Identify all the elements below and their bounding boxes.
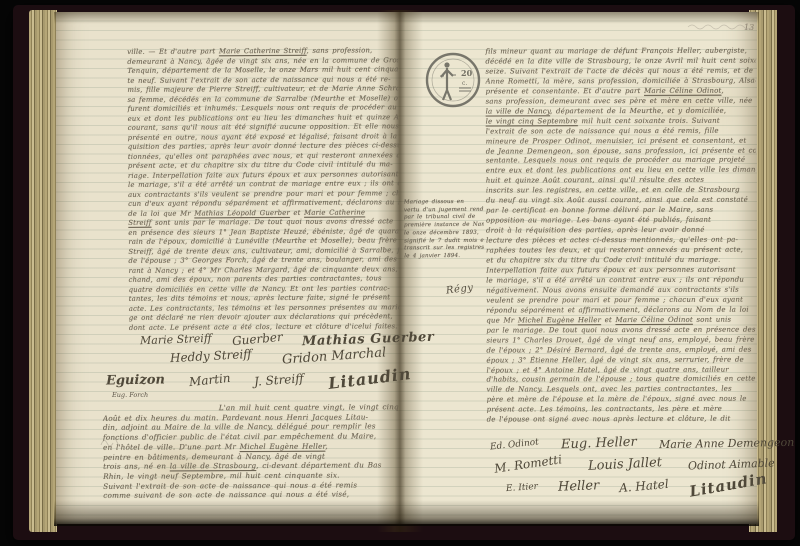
signature: A. Hatel: [619, 477, 670, 495]
paper-top-shadow: [54, 12, 759, 24]
signature: E. Itier: [506, 482, 539, 494]
paper-bottom-shadow: [54, 500, 759, 526]
signature: Eguizon: [106, 372, 165, 388]
signature: Guerber: [231, 330, 283, 348]
right-page-act-text: fils mineur quant au mariage de défunt F…: [485, 47, 756, 430]
margin-annotation: Mariage dissous envertu d'un jugement re…: [404, 199, 485, 266]
left-signature-row-2: Heddy StreiffGridon Marchal: [170, 349, 386, 364]
register-photo: 20 c. ville. — Et d'autre part Marie Cat…: [0, 0, 800, 546]
page-edges-left: [29, 10, 57, 532]
left-signature-row-1: Marie StreiffGuerberMathias Guerber: [140, 332, 435, 347]
stamp-value: 20: [461, 68, 473, 78]
signature: J. Streiff: [254, 371, 305, 388]
revenue-stamp-icon: 20 c.: [423, 50, 483, 110]
signature: Eug. Heller: [561, 435, 637, 453]
margin-note-line: le 4 janvier 1894.: [404, 253, 484, 261]
right-signature-row-2: M. RomettiLouis JalletOdinot Aimable: [494, 457, 775, 472]
left-page-next-act-text: L'an mil huit cent quatre vingt, le ving…: [103, 402, 400, 504]
left-page-act-text: ville. — Et d'autre part Marie Catherine…: [127, 46, 400, 336]
signature: Marie Streiff: [140, 332, 212, 347]
pencil-scribble: [99, 434, 123, 453]
signature: Martin: [188, 371, 231, 389]
stamp-unit: c.: [462, 80, 467, 87]
signature: Heddy Streiff: [170, 347, 252, 365]
signature: Heller: [558, 478, 600, 494]
signature: Louis Jallet: [588, 455, 663, 474]
handwritten-line: de l'épouse ont signé avec nous après le…: [487, 415, 757, 426]
signature: Ed. Odinot: [490, 437, 540, 452]
signature: Marie Anne Demengeon: [659, 436, 795, 451]
left-signature-row-3: EguizonMartinJ. StreiffLitaudin: [106, 369, 412, 388]
right-signature-row-1: Ed. OdinotEug. HellerMarie Anne Demengeo…: [490, 436, 794, 451]
signature-annotation: Eug. Forch: [112, 391, 148, 399]
right-signature-row-3: E. ItierHellerA. HatelLitaudin: [506, 476, 768, 494]
